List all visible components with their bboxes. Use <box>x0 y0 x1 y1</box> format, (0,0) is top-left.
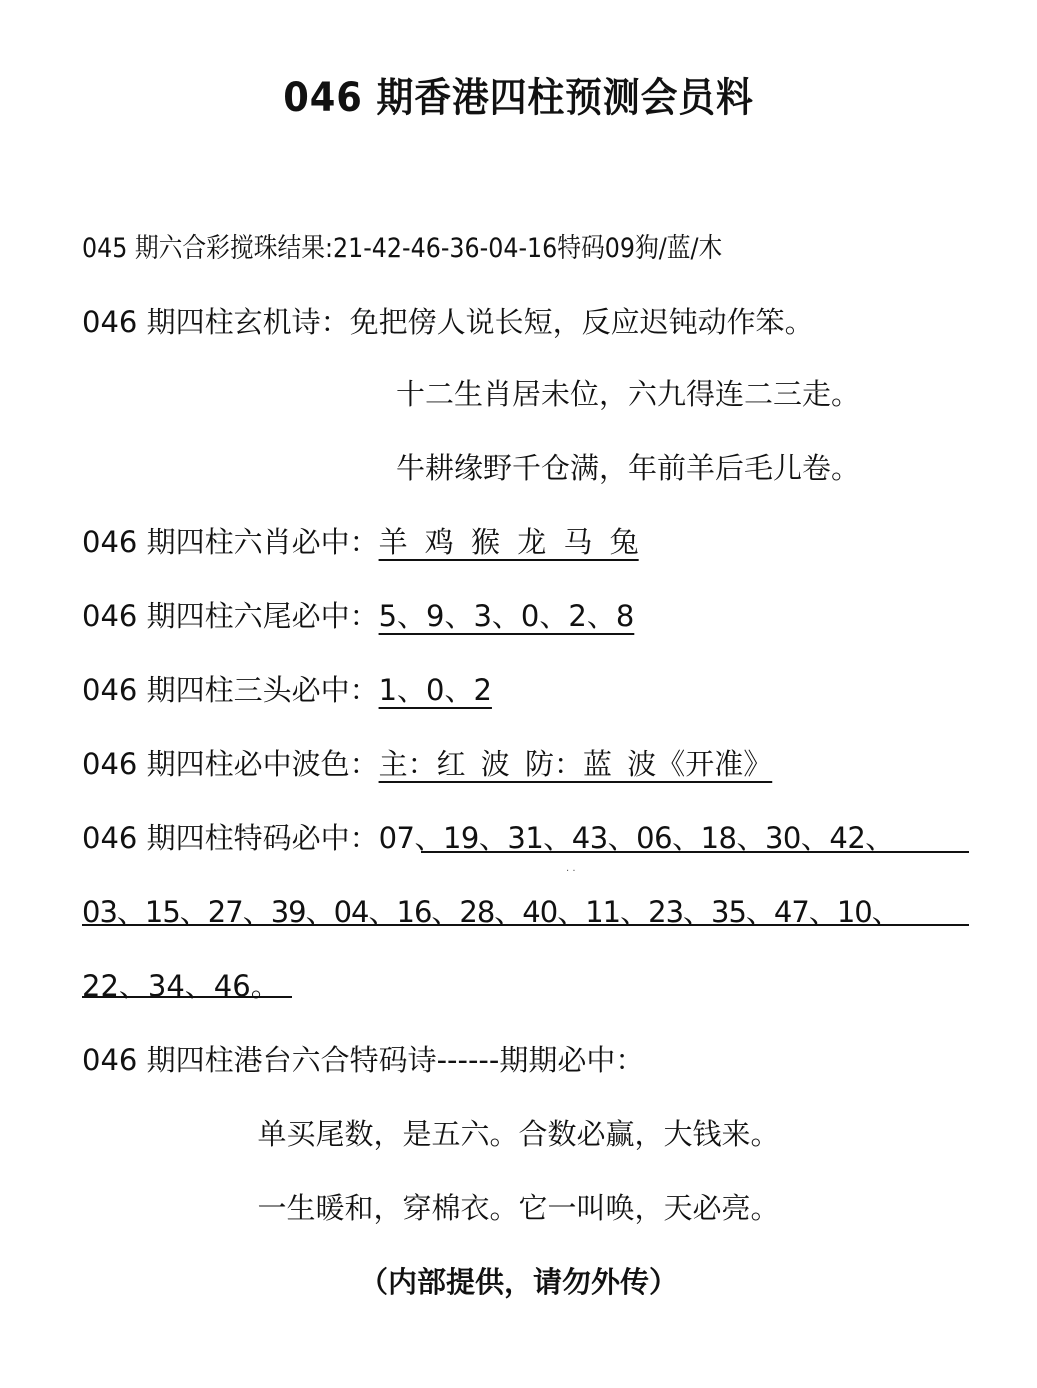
special-numbers-value: 22、34、46。 <box>82 964 280 1005</box>
special-poem-label: 046 期四柱港台六合特码诗------期期必中： <box>82 1038 644 1079</box>
draw-result-value: 21-42-46-36-04-16特码09狗/蓝/木 <box>333 233 722 264</box>
poem-label: 046 期四柱玄机诗： <box>82 305 350 339</box>
draw-result-label: 045 期六合彩搅珠结果: <box>82 233 333 264</box>
zodiac-label: 046 期四柱六肖必中： <box>82 525 379 559</box>
underline-rule <box>421 851 969 853</box>
page-title: 046 期香港四柱预测会员料 <box>41 66 995 123</box>
stray-dots: · · <box>566 866 576 877</box>
wave-color-line: 046 期四柱必中波色：主：红 波 防：蓝 波《开准》 <box>82 742 772 783</box>
special-numbers-value: 07、19、31、43、06、18、30、42、 <box>379 821 894 855</box>
zodiac-line: 046 期四柱六肖必中：羊 鸡 猴 龙 马 兔 <box>82 520 639 561</box>
tails-value: 5、9、3、0、2、8 <box>379 599 635 633</box>
underline-rule <box>82 924 969 926</box>
heads-value: 1、0、2 <box>379 673 492 707</box>
underline-rule <box>82 996 292 998</box>
heads-line: 046 期四柱三头必中：1、0、2 <box>82 668 492 709</box>
draw-result-line: 045 期六合彩搅珠结果:21-42-46-36-04-16特码09狗/蓝/木 <box>82 226 810 265</box>
special-poem-line: 一生暖和，穿棉衣。它一叫唤，天必亮。 <box>0 1186 1037 1227</box>
zodiac-value: 羊 鸡 猴 龙 马 兔 <box>379 525 639 559</box>
special-numbers-label: 046 期四柱特码必中： <box>82 821 379 855</box>
tails-label: 046 期四柱六尾必中： <box>82 599 379 633</box>
poem-line: 牛耕缘野千仓满，年前羊后毛儿卷。 <box>396 446 860 487</box>
footer-note: （内部提供，请勿外传） <box>0 1260 1037 1301</box>
poem-first-line: 046 期四柱玄机诗：免把傍人说长短，反应迟钝动作笨。 <box>82 300 814 341</box>
tails-line: 046 期四柱六尾必中：5、9、3、0、2、8 <box>82 594 634 635</box>
wave-color-value: 主：红 波 防：蓝 波《开准》 <box>379 747 773 781</box>
poem-line: 免把傍人说长短，反应迟钝动作笨。 <box>350 305 814 339</box>
heads-label: 046 期四柱三头必中： <box>82 673 379 707</box>
poem-line: 十二生肖居未位，六九得连二三走。 <box>396 372 860 413</box>
wave-color-label: 046 期四柱必中波色： <box>82 747 379 781</box>
special-poem-line: 单买尾数，是五六。合数必赢，大钱来。 <box>0 1112 1037 1153</box>
